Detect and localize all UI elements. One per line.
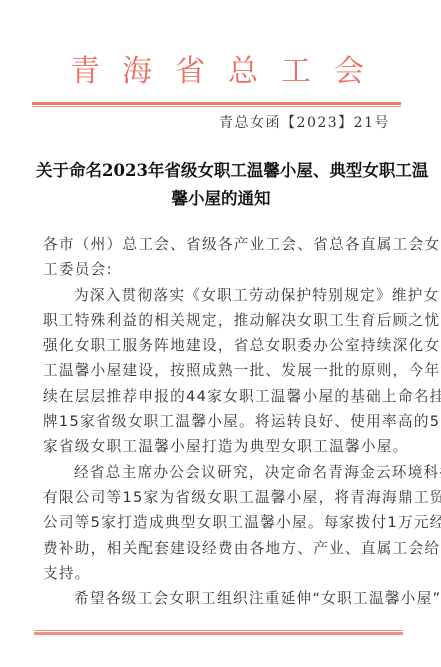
masthead-char: 海 <box>122 52 152 92</box>
masthead-char: 总 <box>228 52 258 92</box>
header-divider-thick <box>32 102 401 105</box>
masthead-char: 会 <box>334 52 364 92</box>
salutation-line: 各市（州）总工会、省级各产业工会、省总各直属工会女职 <box>43 232 395 257</box>
paragraph-line: 有限公司等15家为省级女职工温馨小屋，将青海海鼎工贸 <box>43 485 395 510</box>
footer-divider-thick <box>34 632 403 635</box>
paragraph-line: 牌15家省级女职工温馨小屋。将运转良好、使用率高的5 <box>43 409 395 434</box>
document-title-line-1: 关于命名2023年省级女职工温馨小屋、典型女职工温 <box>36 157 406 185</box>
paragraph-line: 工温馨小屋建设，按照成熟一批、发展一批的原则，今年继 <box>43 358 395 383</box>
salutation-line: 工委员会: <box>43 257 395 282</box>
masthead-char: 省 <box>175 52 205 92</box>
document-number: 青总女函【2023】21号 <box>219 114 390 132</box>
paragraph-line: 家省级女职工温馨小屋打造为典型女职工温馨小屋。 <box>43 434 395 459</box>
document-body: 各市（州）总工会、省级各产业工会、省总各直属工会女职 工委员会: 为深入贯彻落实… <box>43 232 395 611</box>
footer-divider-thin <box>34 630 403 631</box>
paragraph-line: 续在层层推荐申报的44家女职工温馨小屋的基础上命名挂 <box>43 384 395 409</box>
paragraph-line: 强化女职工服务阵地建设，省总女职委办公室持续深化女职 <box>43 333 395 358</box>
paragraph-line: 费补助，相关配套建设经费由各地方、产业、直属工会给予 <box>43 536 395 561</box>
paragraph-line: 经省总主席办公会议研究，决定命名青海金云环境科技 <box>43 460 395 485</box>
paragraph-line: 为深入贯彻落实《女职工劳动保护特别规定》维护女 <box>43 283 395 308</box>
paragraph-line: 希望各级工会女职工组织注重延伸“女职工温馨小屋” <box>43 586 395 611</box>
masthead-title: 青 海 省 总 工 会 <box>0 52 441 92</box>
masthead-char: 工 <box>281 52 311 92</box>
paragraph-line: 支持。 <box>43 561 395 586</box>
paragraph-line: 职工特殊利益的相关规定，推动解决女职工生育后顾之忧， <box>43 308 395 333</box>
paragraph-line: 公司等5家打造成典型女职工温馨小屋。每家拨付1万元经 <box>43 510 395 535</box>
document-title-line-2: 馨小屋的通知 <box>36 185 406 213</box>
header-divider-thin <box>32 106 401 107</box>
masthead-char: 青 <box>70 52 100 92</box>
document-title: 关于命名2023年省级女职工温馨小屋、典型女职工温 馨小屋的通知 <box>36 157 406 213</box>
